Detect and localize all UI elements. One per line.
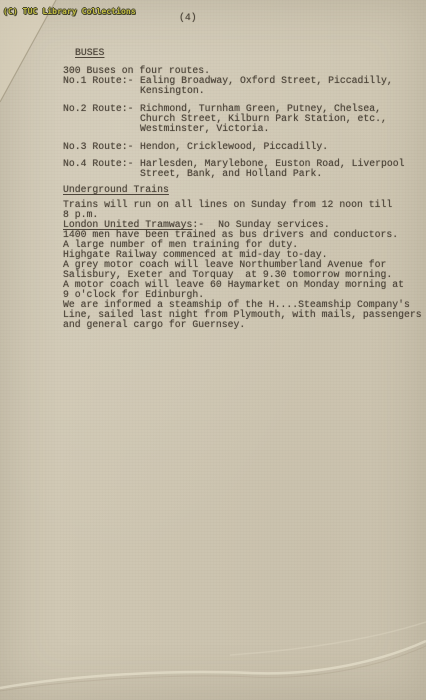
route-row: No.4 Route:- Harlesden, Marylebone, Eust… <box>63 159 423 179</box>
watermark: (C) TUC Library Collections <box>3 7 136 16</box>
buses-heading: BUSES <box>75 48 423 58</box>
route-label: No.2 Route:- <box>63 104 140 134</box>
underground-heading-text: Underground Trains <box>63 184 169 195</box>
route-description: Hendon, Cricklewood, Piccadilly. <box>140 142 423 152</box>
route-label: No.1 Route:- <box>63 76 140 96</box>
buses-heading-text: BUSES <box>75 47 104 58</box>
document-body: BUSES 300 Buses on four routes. No.1 Rou… <box>63 48 423 330</box>
route-label: No.4 Route:- <box>63 159 140 179</box>
paragraph-steamship: We are informed a steamship of the H....… <box>63 300 423 330</box>
route-description: Richmond, Turnham Green, Putney, Chelsea… <box>140 104 423 134</box>
paragraph-motor-coach-edinburgh: A motor coach will leave 60 Haymarket on… <box>63 280 423 300</box>
document-page: (C) TUC Library Collections (4) BUSES 30… <box>0 0 426 700</box>
bottom-crease-highlight <box>0 641 426 688</box>
route-description: Harlesden, Marylebone, Euston Road, Live… <box>140 159 423 179</box>
bottom-crease-shadow <box>0 646 426 691</box>
paragraph-trained-men: 1400 men have been trained as bus driver… <box>63 230 423 250</box>
route-row: No.1 Route:- Ealing Broadway, Oxford Str… <box>63 76 423 96</box>
underground-heading: Underground Trains <box>63 185 423 195</box>
route-row: No.3 Route:- Hendon, Cricklewood, Piccad… <box>63 142 423 152</box>
route-label: No.3 Route:- <box>63 142 140 152</box>
route-row: No.2 Route:- Richmond, Turnham Green, Pu… <box>63 104 423 134</box>
route-description: Ealing Broadway, Oxford Street, Piccadil… <box>140 76 423 96</box>
underground-body: Trains will run on all lines on Sunday f… <box>63 200 423 220</box>
page-number: (4) <box>179 13 197 23</box>
paragraph-grey-motor-coach: A grey motor coach will leave Northumber… <box>63 260 423 280</box>
bottom-crease-faint <box>230 622 426 655</box>
